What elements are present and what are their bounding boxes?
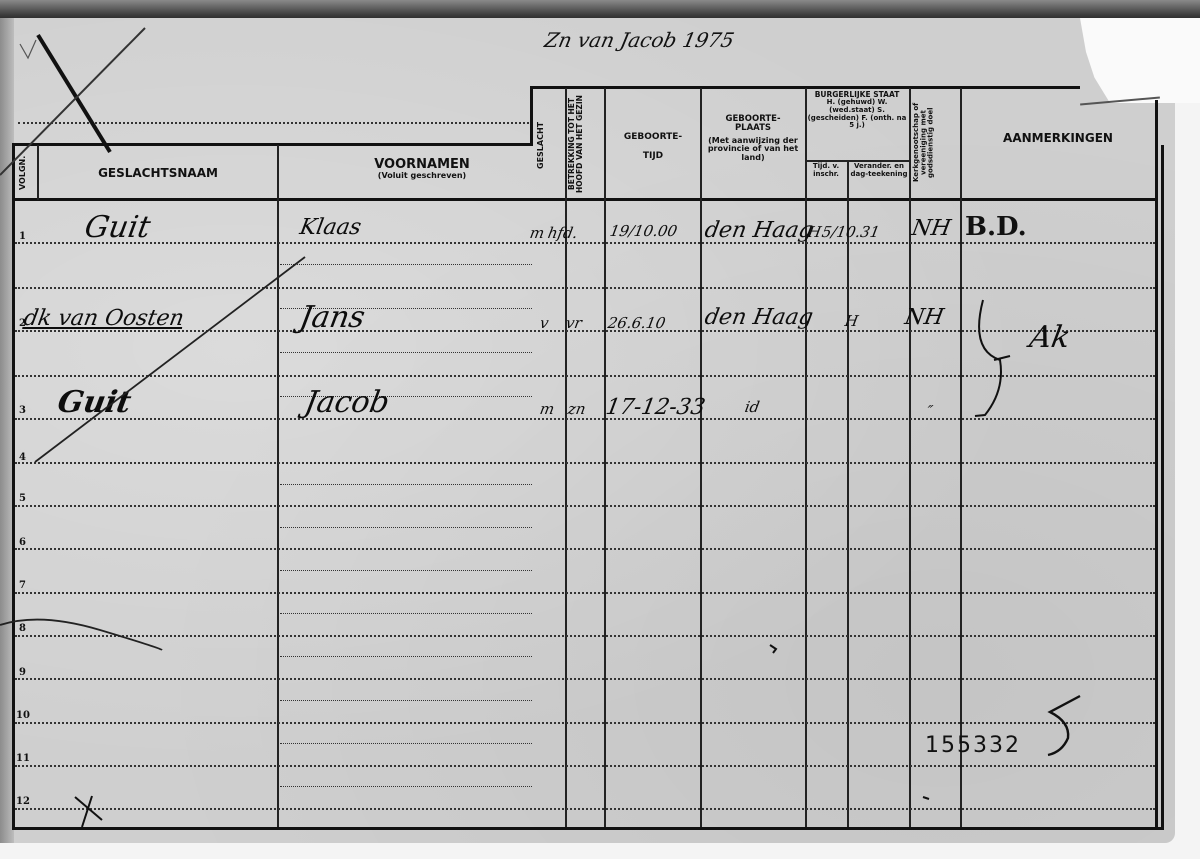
header-voornamen: VOORNAMEN (Voluit geschreven) [280, 158, 564, 181]
row-number: 4 [19, 452, 26, 463]
header-note: Zn van Jacob 1975 [542, 28, 736, 52]
row-line [15, 592, 1155, 594]
entry-3-birthdate: 17-12-33 [604, 395, 707, 420]
row-number: 11 [16, 753, 30, 764]
header-kerkgenootschap: Kerkgenootschap of vereeniging met godsd… [913, 90, 957, 195]
entry-1-civil-date: 5/10.31 [820, 223, 881, 241]
row-subline [280, 743, 532, 744]
entry-2-remark: Ak [1027, 320, 1073, 355]
row-number: 12 [16, 796, 30, 807]
row-number: 1 [19, 231, 26, 242]
row-line [15, 808, 1155, 810]
header-geslachtsnaam: GESLACHTSNAAM [40, 167, 276, 180]
column-divider [700, 88, 702, 827]
row-number: 10 [16, 710, 30, 721]
header-betrekking: BETREKKING TOT HET HOOFD VAN HET GEZIN [568, 92, 602, 196]
column-divider [847, 160, 849, 827]
header-aanmerkingen: AANMERKINGEN [962, 132, 1154, 145]
entry-3-relation: zn [566, 400, 587, 418]
row-number: 7 [19, 580, 26, 591]
header-geboorteplaats: GEBOORTE- PLAATS (Met aanwijzing der pro… [702, 115, 804, 163]
entry-3-firstnames: Jacob [302, 385, 392, 420]
header-geslacht: GESLACHT [537, 95, 563, 195]
entry-1-surname: Guit [82, 210, 153, 245]
header-voornamen-label: VOORNAMEN [374, 157, 470, 172]
row-line [15, 635, 1155, 637]
header-geboortetijd-2: TIJD [606, 147, 700, 166]
row-line [15, 678, 1155, 680]
entry-1-firstnames: Klaas [298, 215, 363, 240]
entry-2-firstnames: Jans [297, 300, 368, 335]
entry-1-church: NH [910, 216, 953, 241]
column-divider [909, 88, 911, 827]
entry-2-birthdate: 26.6.10 [606, 314, 666, 332]
row-subline [280, 352, 532, 353]
table-frame [12, 145, 1164, 830]
column-divider [277, 145, 279, 827]
header-bs-verander: Verander. en dag-teekening [849, 163, 909, 178]
entry-2-church: NH [903, 305, 946, 330]
dotted-line-top [18, 122, 533, 124]
header-geboorteplaats-sub: (Met aanwijzing der provincie of van het… [702, 137, 804, 163]
frame-line [12, 143, 533, 146]
entry-2-birthplace: den Haag [703, 305, 815, 330]
header-geboortetijd: GEBOORTE- TIJD [606, 128, 700, 166]
row-line [15, 462, 1155, 464]
row-line [15, 548, 1155, 550]
row-subline [280, 613, 532, 614]
header-geboortetijd-1: GEBOORTE- [606, 128, 700, 147]
row-line [15, 418, 1155, 420]
row-number: 8 [19, 623, 26, 634]
card-number: 155332 [925, 733, 1021, 758]
entry-1-remark: B.D. [965, 212, 1027, 242]
header-bs-tijd: Tijd. v. inschr. [806, 163, 846, 178]
entry-3-surname: Guit [55, 385, 134, 420]
row-subline [280, 786, 532, 787]
row-number: 9 [19, 667, 26, 678]
header-volgnummer: VOLGN. [19, 150, 33, 196]
row-line [15, 765, 1155, 767]
column-divider [960, 88, 962, 827]
row-subline [280, 700, 532, 701]
entry-1-relation: hfd. [546, 224, 579, 242]
header-bs-options: H. (gehuwd) W. (wed.staat) S. (gescheide… [807, 99, 907, 130]
frame-line [530, 88, 533, 146]
header-divider [12, 198, 1158, 201]
row-line [15, 505, 1155, 507]
row-number: 3 [19, 405, 26, 416]
header-voornamen-sub: (Voluit geschreven) [280, 172, 564, 181]
row-subline [280, 484, 532, 485]
frame-line [1155, 100, 1158, 827]
row-subline [280, 527, 532, 528]
row-line [15, 330, 1155, 332]
row-subline [280, 264, 532, 265]
row-subline [280, 656, 532, 657]
row-number: 6 [19, 537, 26, 548]
entry-2-relation: vr [564, 314, 583, 332]
row-subline [280, 570, 532, 571]
row-line [15, 375, 1155, 377]
entry-1-birthplace: den Haag [703, 218, 815, 243]
row-line [15, 287, 1155, 289]
row-line [15, 722, 1155, 724]
column-divider [604, 88, 606, 827]
column-divider [805, 88, 807, 827]
entry-1-birthdate: 19/10.00 [608, 222, 678, 240]
row-number: 5 [19, 493, 26, 504]
column-divider [565, 88, 567, 827]
header-burgerlijke-staat: BURGERLIJKE STAAT H. (gehuwd) W. (wed.st… [807, 91, 907, 130]
entry-2-surname: dk van Oosten [22, 306, 186, 331]
row-line [15, 242, 1155, 244]
column-divider [37, 145, 39, 200]
header-geboorteplaats-2: PLAATS [702, 124, 804, 133]
